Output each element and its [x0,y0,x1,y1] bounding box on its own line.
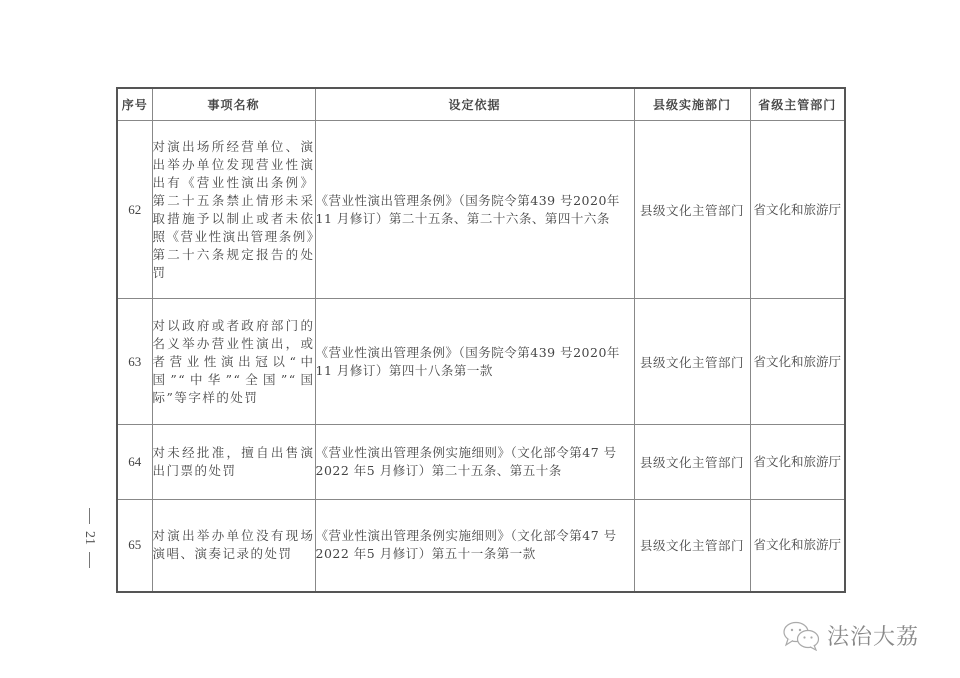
row-seq: 65 [117,500,152,592]
table-row: 65 对演出举办单位没有现场演唱、演奏记录的处罚 《营业性演出管理条例实施细则》… [117,500,845,592]
row-legal-basis: 《营业性演出管理条例实施细则》（文化部令第47 号2022 年5 月修订）第二十… [315,425,634,500]
header-seq: 序号 [117,88,152,121]
row-legal-basis: 《营业性演出管理条例》（国务院令第439 号2020年11 月修订）第二十五条、… [315,121,634,299]
wechat-icon [783,621,821,651]
row-prov-dept: 省文化和旅游厅 [750,425,845,500]
watermark-label: 法治大荔 [827,620,919,651]
page-number-dash-top [89,508,90,524]
row-item-name: 对未经批准，擅自出售演出门票的处罚 [152,425,315,500]
table-header-row: 序号 事项名称 设定依据 县级实施部门 省级主管部门 [117,88,845,121]
header-item-name: 事项名称 [152,88,315,121]
table-row: 62 对演出场所经营单位、演出举办单位发现营业性演出有《营业性演出条例》第二十五… [117,121,845,299]
row-item-name: 对演出场所经营单位、演出举办单位发现营业性演出有《营业性演出条例》第二十五条禁止… [152,121,315,299]
row-item-name: 对演出举办单位没有现场演唱、演奏记录的处罚 [152,500,315,592]
row-county-dept: 县级文化主管部门 [634,299,750,425]
header-legal-basis: 设定依据 [315,88,634,121]
row-item-name: 对以政府或者政府部门的名义举办营业性演出，或者营业性演出冠以“中国”“中华”“全… [152,299,315,425]
row-county-dept: 县级文化主管部门 [634,500,750,592]
row-prov-dept: 省文化和旅游厅 [750,500,845,592]
row-legal-basis: 《营业性演出管理条例》（国务院令第439 号2020年11 月修订）第四十八条第… [315,299,634,425]
page-number: 21 [74,498,104,578]
table-row: 63 对以政府或者政府部门的名义举办营业性演出，或者营业性演出冠以“中国”“中华… [117,299,845,425]
row-county-dept: 县级文化主管部门 [634,121,750,299]
table-row: 64 对未经批准，擅自出售演出门票的处罚 《营业性演出管理条例实施细则》（文化部… [117,425,845,500]
page-number-dash-bottom [89,552,90,568]
page-number-value: 21 [81,531,97,545]
row-legal-basis: 《营业性演出管理条例实施细则》（文化部令第47 号2022 年5 月修订）第五十… [315,500,634,592]
row-county-dept: 县级文化主管部门 [634,425,750,500]
row-seq: 63 [117,299,152,425]
header-county-dept: 县级实施部门 [634,88,750,121]
row-prov-dept: 省文化和旅游厅 [750,299,845,425]
row-seq: 64 [117,425,152,500]
header-prov-dept: 省级主管部门 [750,88,845,121]
penalty-items-table: 序号 事项名称 设定依据 县级实施部门 省级主管部门 62 对演出场所经营单位、… [116,87,846,593]
watermark: 法治大荔 [783,620,919,651]
row-prov-dept: 省文化和旅游厅 [750,121,845,299]
row-seq: 62 [117,121,152,299]
